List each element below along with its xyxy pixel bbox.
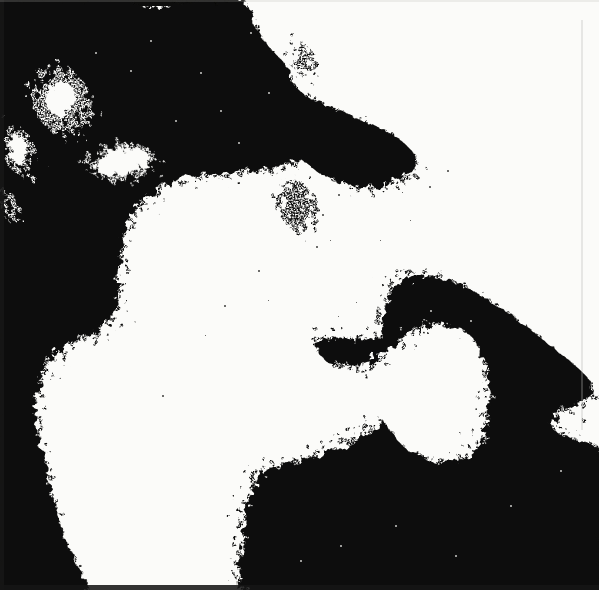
album-art-scan: Abstract, heavily thresholded grainy bla… [0,0,599,590]
right-scan-edge-line [581,20,583,430]
artwork-canvas: Abstract, heavily thresholded grainy bla… [0,0,599,590]
edge-highlight-core [10,136,26,164]
top-scan-edge-line [0,0,599,2]
brim-speck-cluster-core [286,203,300,221]
cheek-highlight-core [46,82,76,116]
brim-speck-cluster [280,182,314,230]
left-scan-edge-line [0,0,4,590]
bottom-scan-edge-line [0,585,599,590]
chin-speck-tuft [294,44,312,76]
